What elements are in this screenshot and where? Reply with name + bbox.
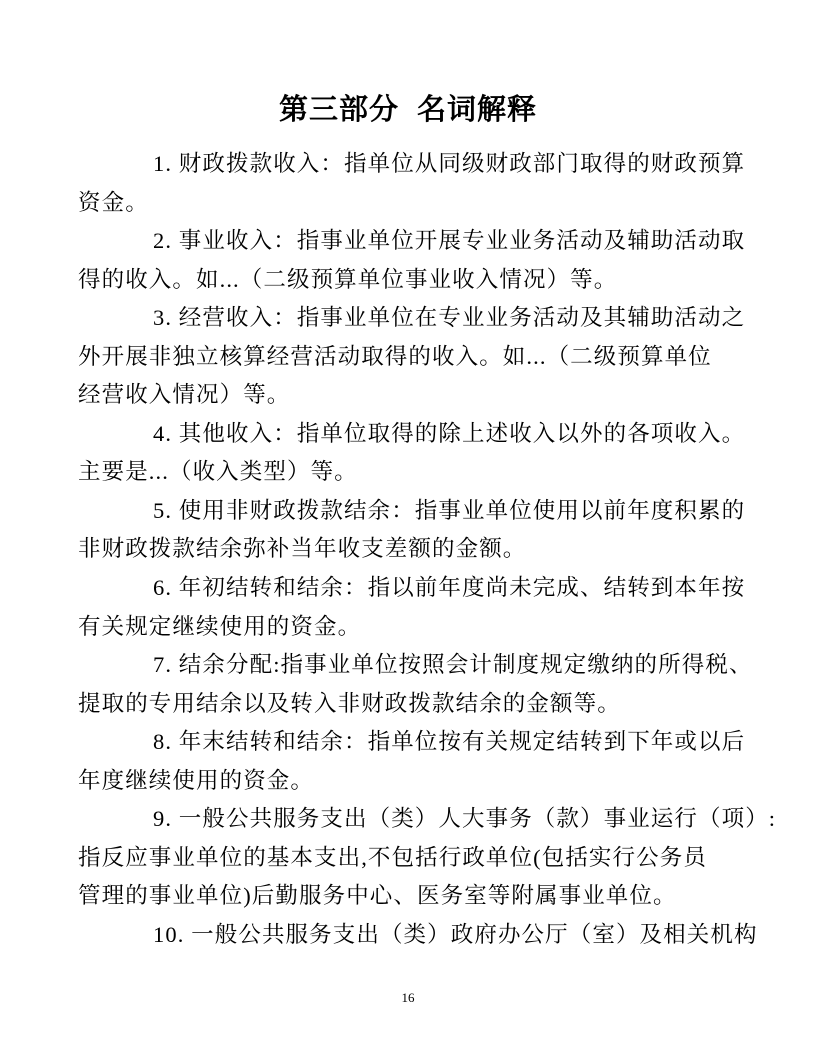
text-line: 得的收入。如...（二级预算单位事业收入情况）等。 <box>78 261 700 300</box>
definition-paragraph: 4. 其他收入：指单位取得的除上述收入以外的各项收入。主要是...（收入类型）等… <box>78 415 700 492</box>
definition-paragraph: 6. 年初结转和结余：指以前年度尚未完成、结转到本年按有关规定继续使用的资金。 <box>78 569 700 646</box>
paragraphs: 1. 财政拨款收入：指单位从同级财政部门取得的财政预算资金。2. 事业收入：指事… <box>78 145 700 954</box>
text-line: 经营收入情况）等。 <box>78 376 700 415</box>
definition-paragraph: 8. 年末结转和结余：指单位按有关规定结转到下年或以后年度继续使用的资金。 <box>78 723 700 800</box>
text-line: 4. 其他收入：指单位取得的除上述收入以外的各项收入。 <box>78 415 700 454</box>
text-line: 6. 年初结转和结余：指以前年度尚未完成、结转到本年按 <box>78 569 700 608</box>
text-line: 7. 结余分配:指事业单位按照会计制度规定缴纳的所得税、 <box>78 646 700 685</box>
definition-paragraph: 2. 事业收入：指事业单位开展专业业务活动及辅助活动取得的收入。如...（二级预… <box>78 222 700 299</box>
text-line: 外开展非独立核算经营活动取得的收入。如...（二级预算单位 <box>78 338 700 377</box>
definition-paragraph: 10. 一般公共服务支出（类）政府办公厅（室）及相关机构 <box>78 916 700 955</box>
definition-paragraph: 3. 经营收入：指事业单位在专业业务活动及其辅助活动之外开展非独立核算经营活动取… <box>78 299 700 415</box>
text-line: 9. 一般公共服务支出（类）人大事务（款）事业运行（项）: <box>78 800 700 839</box>
text-line: 2. 事业收入：指事业单位开展专业业务活动及辅助活动取 <box>78 222 700 261</box>
definition-paragraph: 5. 使用非财政拨款结余：指事业单位使用以前年度积累的非财政拨款结余弥补当年收支… <box>78 492 700 569</box>
text-line: 5. 使用非财政拨款结余：指事业单位使用以前年度积累的 <box>78 492 700 531</box>
text-line: 有关规定继续使用的资金。 <box>78 608 700 647</box>
text-line: 提取的专用结余以及转入非财政拨款结余的金额等。 <box>78 685 700 724</box>
text-line: 3. 经营收入：指事业单位在专业业务活动及其辅助活动之 <box>78 299 700 338</box>
definition-paragraph: 9. 一般公共服务支出（类）人大事务（款）事业运行（项）:指反应事业单位的基本支… <box>78 800 700 916</box>
definition-paragraph: 1. 财政拨款收入：指单位从同级财政部门取得的财政预算资金。 <box>78 145 700 222</box>
text-line: 指反应事业单位的基本支出,不包括行政单位(包括实行公务员 <box>78 839 700 878</box>
definition-paragraph: 7. 结余分配:指事业单位按照会计制度规定缴纳的所得税、提取的专用结余以及转入非… <box>78 646 700 723</box>
text-line: 8. 年末结转和结余：指单位按有关规定结转到下年或以后 <box>78 723 700 762</box>
text-line: 年度继续使用的资金。 <box>78 762 700 801</box>
text-line: 10. 一般公共服务支出（类）政府办公厅（室）及相关机构 <box>78 916 700 955</box>
text-line: 非财政拨款结余弥补当年收支差额的金额。 <box>78 530 700 569</box>
page-title: 第三部分 名词解释 <box>0 92 816 128</box>
document-page: 第三部分 名词解释 1. 财政拨款收入：指单位从同级财政部门取得的财政预算资金。… <box>0 0 816 1056</box>
text-line: 管理的事业单位)后勤服务中心、医务室等附属事业单位。 <box>78 877 700 916</box>
text-line: 1. 财政拨款收入：指单位从同级财政部门取得的财政预算 <box>78 145 700 184</box>
text-line: 资金。 <box>78 184 700 223</box>
page-number: 16 <box>0 989 816 1007</box>
text-line: 主要是...（收入类型）等。 <box>78 453 700 492</box>
